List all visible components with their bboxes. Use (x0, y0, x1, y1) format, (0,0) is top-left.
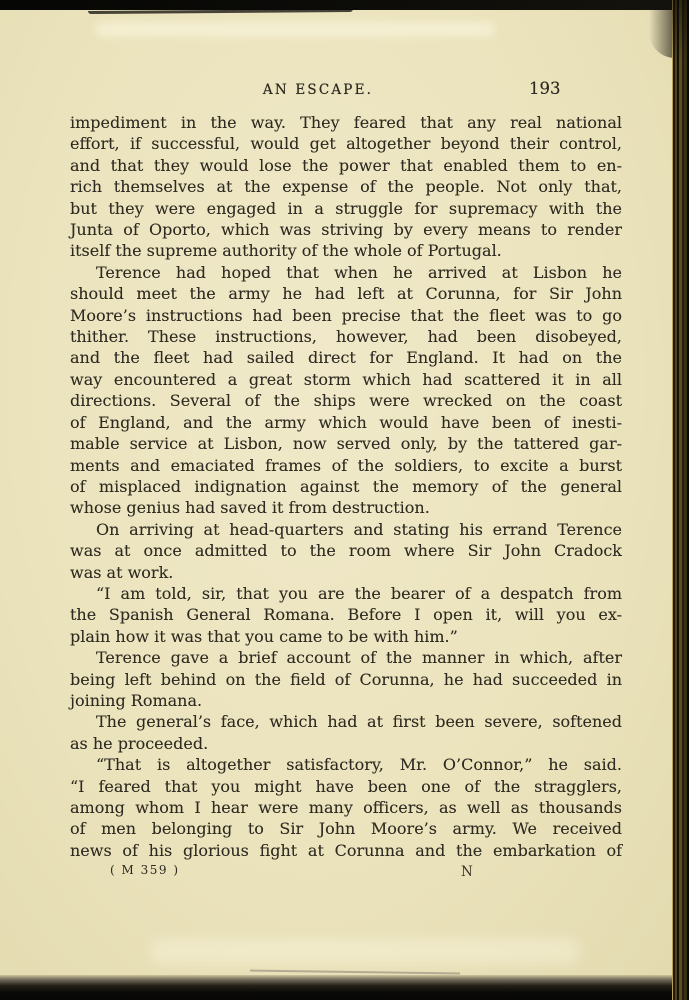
printer-mark: ( M 359 ) (110, 863, 180, 877)
text-line: “I am told, sir, that you are the bearer… (70, 583, 622, 604)
paragraph: Terence had hoped that when he arrived a… (70, 262, 622, 519)
text-line: news of his glorious fight at Corunna an… (70, 840, 622, 861)
text-line: Junta of Oporto, which was striving by e… (70, 219, 622, 240)
page-text: impediment in the way. They feared that … (70, 112, 622, 861)
signature-mark: N (461, 864, 473, 880)
paragraph: Terence gave a brief account of the mann… (70, 647, 622, 711)
text-line: whose genius had saved it from destructi… (70, 497, 622, 518)
text-line: Terence gave a brief account of the mann… (70, 647, 622, 668)
text-line: impediment in the way. They feared that … (70, 112, 622, 133)
scan-light-artifact (150, 938, 580, 964)
text-line: plain how it was that you came to be wit… (70, 626, 622, 647)
text-line: way encountered a great storm which had … (70, 369, 622, 390)
text-line: On arriving at head-quarters and stating… (70, 519, 622, 540)
scan-bottom-edge (0, 975, 689, 1000)
text-line: effort, if successful, would get altoget… (70, 133, 622, 154)
text-line: ments and emaciated frames of the soldie… (70, 455, 622, 476)
text-line: rich themselves at the expense of the pe… (70, 176, 622, 197)
text-line: and that they would lose the power that … (70, 155, 622, 176)
text-line: Terence had hoped that when he arrived a… (70, 262, 622, 283)
text-line: but they were engaged in a struggle for … (70, 198, 622, 219)
running-title: AN ESCAPE. (263, 82, 373, 98)
text-line: joining Romana. (70, 690, 622, 711)
text-line: was at work. (70, 562, 622, 583)
text-line: “That is altogether satisfactory, Mr. O’… (70, 754, 622, 775)
text-line: was at once admitted to the room where S… (70, 540, 622, 561)
text-line: of England, and the army which would hav… (70, 412, 622, 433)
scan-light-artifact (95, 22, 495, 37)
text-line: as he proceeded. (70, 733, 622, 754)
paragraph: “That is altogether satisfactory, Mr. O’… (70, 754, 622, 861)
text-line: the Spanish General Romana. Before I ope… (70, 604, 622, 625)
text-line: mable service at Lisbon, now served only… (70, 433, 622, 454)
text-line: of men belonging to Sir John Moore’s arm… (70, 818, 622, 839)
scanned-book-page: AN ESCAPE. 193 impediment in the way. Th… (0, 0, 689, 1000)
text-line: directions. Several of the ships were wr… (70, 390, 622, 411)
paragraph: On arriving at head-quarters and stating… (70, 519, 622, 583)
scan-top-edge (0, 0, 689, 10)
text-line: The general’s face, which had at first b… (70, 711, 622, 732)
book-page-stack-edge (672, 0, 689, 1000)
text-line: Moore’s instructions had been precise th… (70, 305, 622, 326)
paragraph: “I am told, sir, that you are the bearer… (70, 583, 622, 647)
text-line: “I feared that you might have been one o… (70, 776, 622, 797)
text-line: being left behind on the field of Corunn… (70, 669, 622, 690)
paragraph: impediment in the way. They feared that … (70, 112, 622, 262)
paragraph: The general’s face, which had at first b… (70, 711, 622, 754)
text-line: should meet the army he had left at Coru… (70, 283, 622, 304)
text-line: and the fleet had sailed direct for Engl… (70, 347, 622, 368)
page-number: 193 (529, 79, 561, 98)
text-line: of misplaced indignation against the mem… (70, 476, 622, 497)
text-line: among whom I hear were many officers, as… (70, 797, 622, 818)
text-line: itself the supreme authority of the whol… (70, 240, 622, 261)
text-line: thither. These instructions, however, ha… (70, 326, 622, 347)
